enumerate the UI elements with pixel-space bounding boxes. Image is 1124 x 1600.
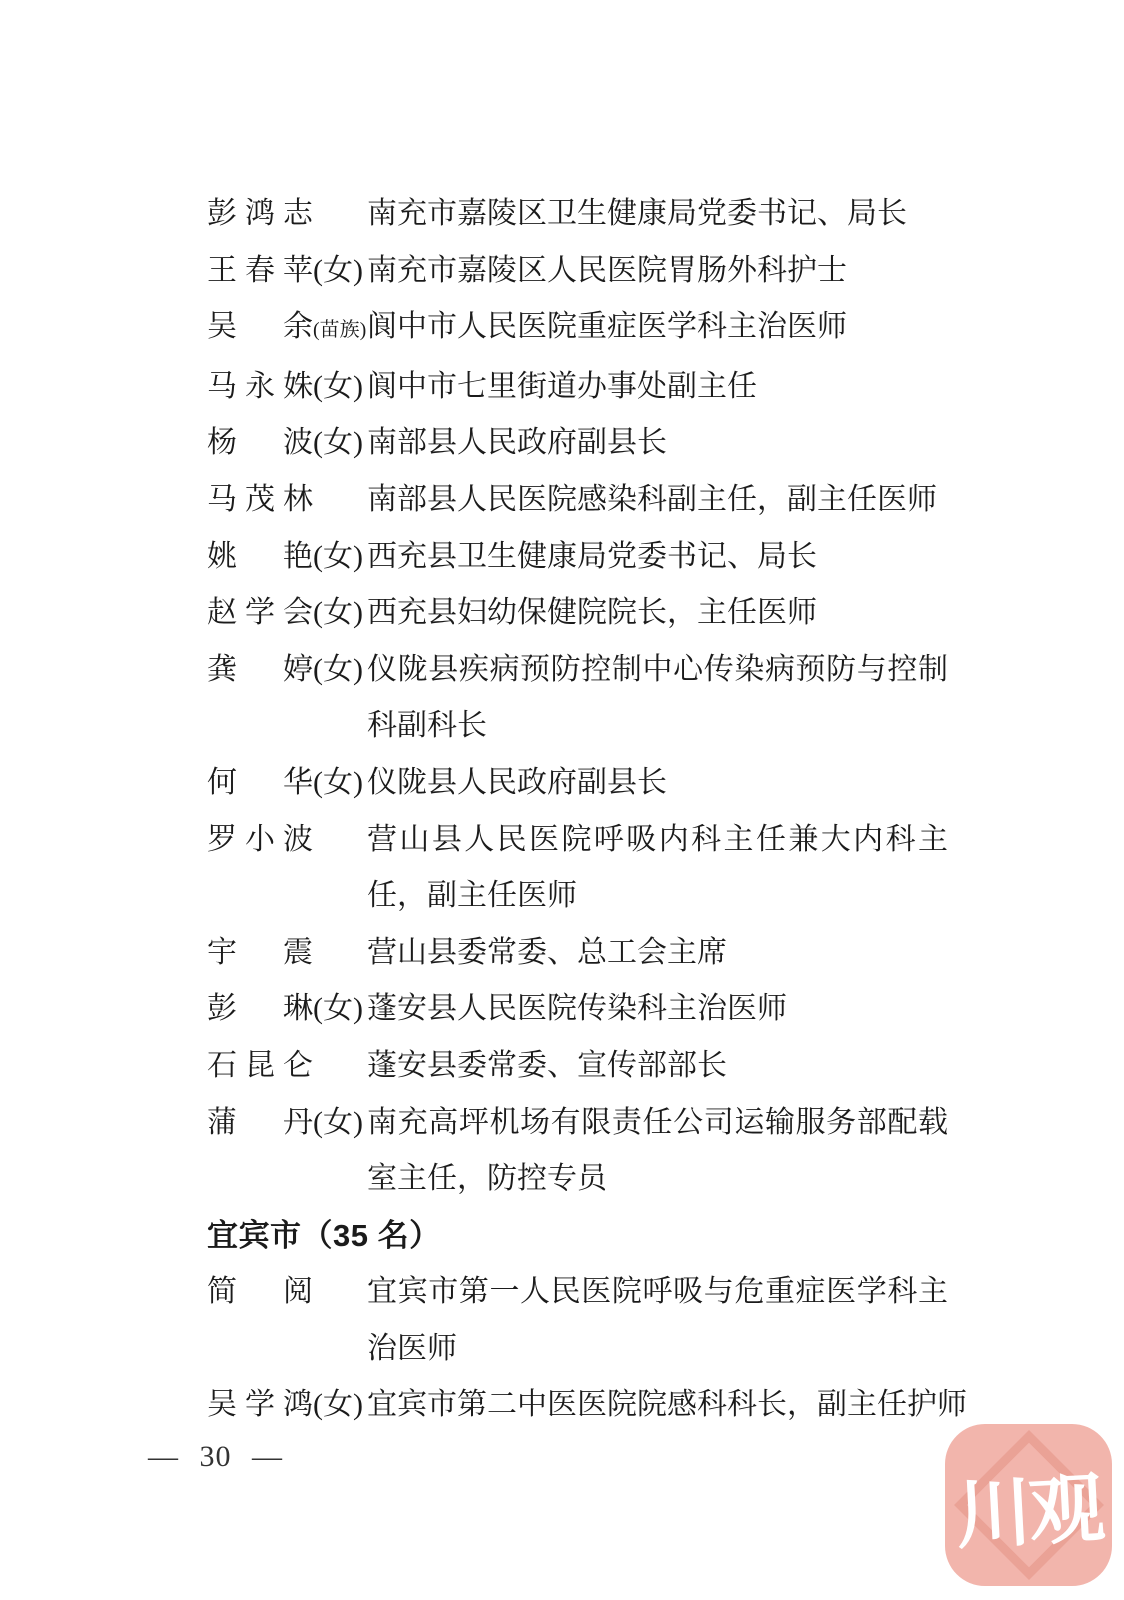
- entry-name: 简 阅: [207, 1264, 313, 1321]
- entry-title: 宜宾市第一人民医院呼吸与危重症医学科主治医师: [367, 1264, 948, 1377]
- entry-gender-ethnic-tag: (女): [313, 254, 363, 287]
- entry-title: 营山县人民医院呼吸内科主任兼大内科主任，副主任医师: [367, 812, 948, 925]
- entry-title: 南充市嘉陵区卫生健康局党委书记、局长: [367, 186, 948, 243]
- entry-name: 马茂林: [207, 472, 313, 529]
- entry-title: 南充市嘉陵区人民医院胃肠外科护士: [367, 243, 948, 300]
- list-entry: 宇 震 营山县委常委、总工会主席: [207, 925, 997, 982]
- entry-gender-ethnic-tag: (女): [313, 1106, 363, 1139]
- entry-title: 南部县人民医院感染科副主任，副主任医师: [367, 472, 948, 529]
- entry-title: 西充县妇幼保健院院长，主任医师: [367, 585, 948, 642]
- list-entry: 彭 琳(女) 蓬安县人民医院传染科主治医师: [207, 981, 997, 1038]
- entry-gender-ethnic-tag: (女): [313, 766, 363, 799]
- entry-title: 蓬安县委常委、宣传部部长: [367, 1038, 948, 1095]
- entry-name-cell: 姚 艳(女): [207, 529, 367, 586]
- entry-gender-ethnic-tag: (女): [313, 1388, 363, 1421]
- list-entry: 简 阅 宜宾市第一人民医院呼吸与危重症医学科主治医师: [207, 1264, 997, 1377]
- entry-name-cell: 彭 琳(女): [207, 981, 367, 1038]
- entry-gender-ethnic-tag: (女): [313, 596, 363, 629]
- entry-name: 蒲 丹: [207, 1095, 313, 1152]
- entry-name: 宇 震: [207, 925, 313, 982]
- entry-name-cell: 石昆仑: [207, 1038, 367, 1095]
- entry-name: 吴学鸿: [207, 1377, 313, 1434]
- entry-gender-ethnic-tag: (女): [313, 370, 363, 403]
- entry-name: 杨 波: [207, 415, 313, 472]
- entry-title: 阆中市七里街道办事处副主任: [367, 359, 948, 416]
- entry-title: 南部县人民政府副县长: [367, 415, 948, 472]
- entry-name: 姚 艳: [207, 529, 313, 586]
- entry-name-cell: 罗小波: [207, 812, 367, 869]
- list-entry: 罗小波 营山县人民医院呼吸内科主任兼大内科主任，副主任医师: [207, 812, 997, 925]
- entry-name: 马永姝: [207, 359, 313, 416]
- list-entry: 赵学会(女) 西充县妇幼保健院院长，主任医师: [207, 585, 997, 642]
- entry-name: 龚 婷: [207, 642, 313, 699]
- entry-gender-ethnic-tag: (女): [313, 992, 363, 1025]
- document-page: { "page": { "background": "#ffffff", "te…: [0, 0, 1124, 1600]
- entry-name: 罗小波: [207, 812, 313, 869]
- entry-title: 西充县卫生健康局党委书记、局长: [367, 529, 948, 586]
- entry-title: 阆中市人民医院重症医学科主治医师: [367, 299, 948, 356]
- list-entry: 石昆仑 蓬安县委常委、宣传部部长: [207, 1038, 997, 1095]
- entry-name-cell: 马茂林: [207, 472, 367, 529]
- list-entry: 马茂林 南部县人民医院感染科副主任，副主任医师: [207, 472, 997, 529]
- entry-name-cell: 马永姝(女): [207, 359, 367, 416]
- page-number: — 30 —: [148, 1429, 283, 1485]
- list-entry: 吴学鸿(女) 宜宾市第二中医医院院感科科长，副主任护师: [207, 1377, 997, 1434]
- entry-name-cell: 王春苹(女): [207, 243, 367, 300]
- list-entry: 龚 婷(女) 仪陇县疾病预防控制中心传染病预防与控制科副科长: [207, 642, 997, 755]
- entry-name: 彭 琳: [207, 981, 313, 1038]
- roster-list: 彭鸿志 南充市嘉陵区卫生健康局党委书记、局长 王春苹(女) 南充市嘉陵区人民医院…: [207, 186, 997, 1434]
- entry-name: 赵学会: [207, 585, 313, 642]
- entry-title: 南充高坪机场有限责任公司运输服务部配载室主任，防控专员: [367, 1095, 948, 1208]
- entry-name-cell: 龚 婷(女): [207, 642, 367, 699]
- entry-name-cell: 何 华(女): [207, 755, 367, 812]
- entry-name: 何 华: [207, 755, 313, 812]
- entry-name-cell: 蒲 丹(女): [207, 1095, 367, 1152]
- entry-name-cell: 吴 余(苗族): [207, 299, 367, 359]
- logo-text: 川观: [945, 1424, 1112, 1586]
- list-entry: 何 华(女) 仪陇县人民政府副县长: [207, 755, 997, 812]
- entry-gender-ethnic-tag: (女): [313, 426, 363, 459]
- list-entry: 姚 艳(女) 西充县卫生健康局党委书记、局长: [207, 529, 997, 586]
- entry-name: 吴 余: [207, 299, 313, 356]
- entry-name-cell: 简 阅: [207, 1264, 367, 1321]
- entry-gender-ethnic-tag: (女): [313, 653, 363, 686]
- list-entry: 吴 余(苗族) 阆中市人民医院重症医学科主治医师: [207, 299, 997, 359]
- list-entry: 杨 波(女) 南部县人民政府副县长: [207, 415, 997, 472]
- entry-name-cell: 赵学会(女): [207, 585, 367, 642]
- section-header: 宜宾市（35 名）: [207, 1208, 997, 1265]
- entry-name: 石昆仑: [207, 1038, 313, 1095]
- entry-name-cell: 杨 波(女): [207, 415, 367, 472]
- entry-title: 宜宾市第二中医医院院感科科长，副主任护师: [367, 1377, 948, 1434]
- entry-name: 彭鸿志: [207, 186, 313, 243]
- entry-title: 仪陇县人民政府副县长: [367, 755, 948, 812]
- entry-name-cell: 宇 震: [207, 925, 367, 982]
- entry-title: 营山县委常委、总工会主席: [367, 925, 948, 982]
- list-entry: 彭鸿志 南充市嘉陵区卫生健康局党委书记、局长: [207, 186, 997, 243]
- list-entry: 蒲 丹(女) 南充高坪机场有限责任公司运输服务部配载室主任，防控专员: [207, 1095, 997, 1208]
- entry-name-cell: 吴学鸿(女): [207, 1377, 367, 1434]
- entry-gender-ethnic-tag: (女): [313, 540, 363, 573]
- entry-name-cell: 彭鸿志: [207, 186, 367, 243]
- entry-title: 蓬安县人民医院传染科主治医师: [367, 981, 948, 1038]
- list-entry: 马永姝(女) 阆中市七里街道办事处副主任: [207, 359, 997, 416]
- entry-title: 仪陇县疾病预防控制中心传染病预防与控制科副科长: [367, 642, 948, 755]
- entry-name: 王春苹: [207, 243, 313, 300]
- list-entry: 王春苹(女) 南充市嘉陵区人民医院胃肠外科护士: [207, 243, 997, 300]
- chuanguan-logo-watermark: 川观: [945, 1424, 1112, 1586]
- entry-gender-ethnic-tag: (苗族): [313, 319, 366, 341]
